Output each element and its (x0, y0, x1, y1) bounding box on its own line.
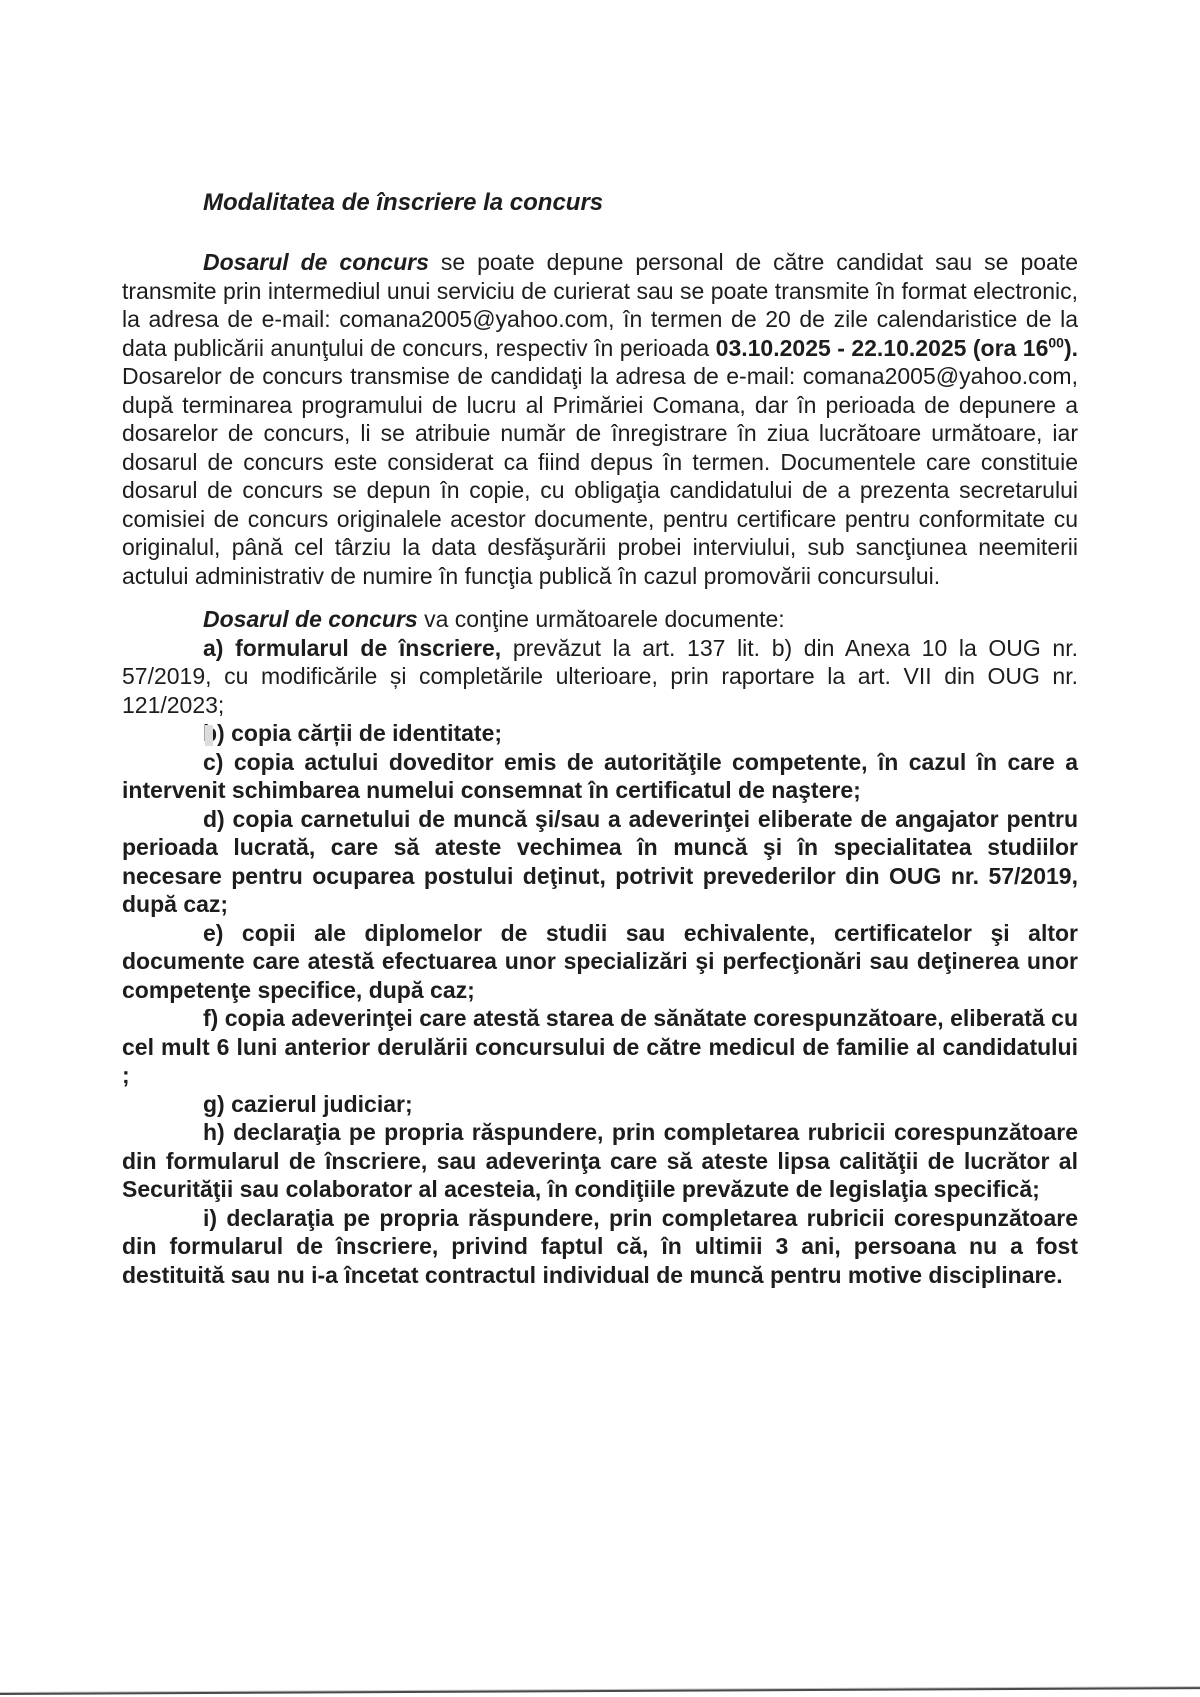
item-bold-text: h) declaraţia pe propria răspundere, pri… (122, 1119, 1078, 1202)
text-run: Dosarelor de concurs transmise de candid… (122, 363, 803, 389)
list-item-a: a) formularul de înscriere, prevăzut la … (122, 634, 1078, 720)
item-bold-text: d) copia carnetului de muncă şi/sau a ad… (122, 806, 1078, 918)
text-run: va conţine următoarele documente: (418, 606, 785, 632)
paragraph-contents-intro: Dosarul de concurs va conţine următoarel… (122, 605, 1078, 634)
list-item-e: e) copii ale diplomelor de studii sau ec… (122, 919, 1078, 1005)
list-item-f: f) copia adeverinţei care atestă starea … (122, 1004, 1078, 1090)
item-bold-text: i) declaraţia pe propria răspundere, pri… (122, 1205, 1078, 1288)
scan-artifact-mark (205, 725, 213, 746)
date-range: 03.10.2025 - 22.10.2025 (ora 16 (716, 335, 1049, 361)
scan-edge-line (0, 1687, 1200, 1695)
hour-superscript: 00 (1048, 334, 1064, 350)
item-bold-text: c) copia actului doveditor emis de autor… (122, 749, 1078, 804)
item-bold-text: f) copia adeverinţei care atestă starea … (122, 1005, 1078, 1088)
paragraph-intro: Dosarul de concurs se poate depune perso… (122, 248, 1078, 590)
document-content: Modalitatea de înscriere la concurs Dosa… (122, 188, 1078, 1289)
lead-phrase: Dosarul de concurs (203, 249, 429, 275)
item-bold-text: b) copia cărții de identitate; (203, 720, 502, 746)
list-item-i: i) declaraţia pe propria răspundere, pri… (122, 1204, 1078, 1290)
item-bold-text: a) formularul de înscriere, (203, 635, 501, 661)
document-title: Modalitatea de înscriere la concurs (122, 188, 1078, 217)
document-page: Modalitatea de înscriere la concurs Dosa… (0, 0, 1200, 1697)
item-bold-text: e) copii ale diplomelor de studii sau ec… (122, 920, 1078, 1003)
list-item-d: d) copia carnetului de muncă şi/sau a ad… (122, 805, 1078, 919)
date-range-close: ). (1064, 335, 1078, 361)
email-text: comana2005@yahoo.com (339, 306, 608, 332)
text-run: , după terminarea programului de lucru a… (122, 363, 1078, 589)
list-item-h: h) declaraţia pe propria răspundere, pri… (122, 1118, 1078, 1204)
item-bold-text: g) cazierul judiciar; (203, 1091, 413, 1117)
lead-phrase: Dosarul de concurs (203, 606, 418, 632)
email-text: comana2005@yahoo.com (803, 363, 1072, 389)
list-item-c: c) copia actului doveditor emis de autor… (122, 748, 1078, 805)
list-item-g: g) cazierul judiciar; (122, 1090, 1078, 1119)
list-item-b: b) copia cărții de identitate; (122, 719, 1078, 748)
